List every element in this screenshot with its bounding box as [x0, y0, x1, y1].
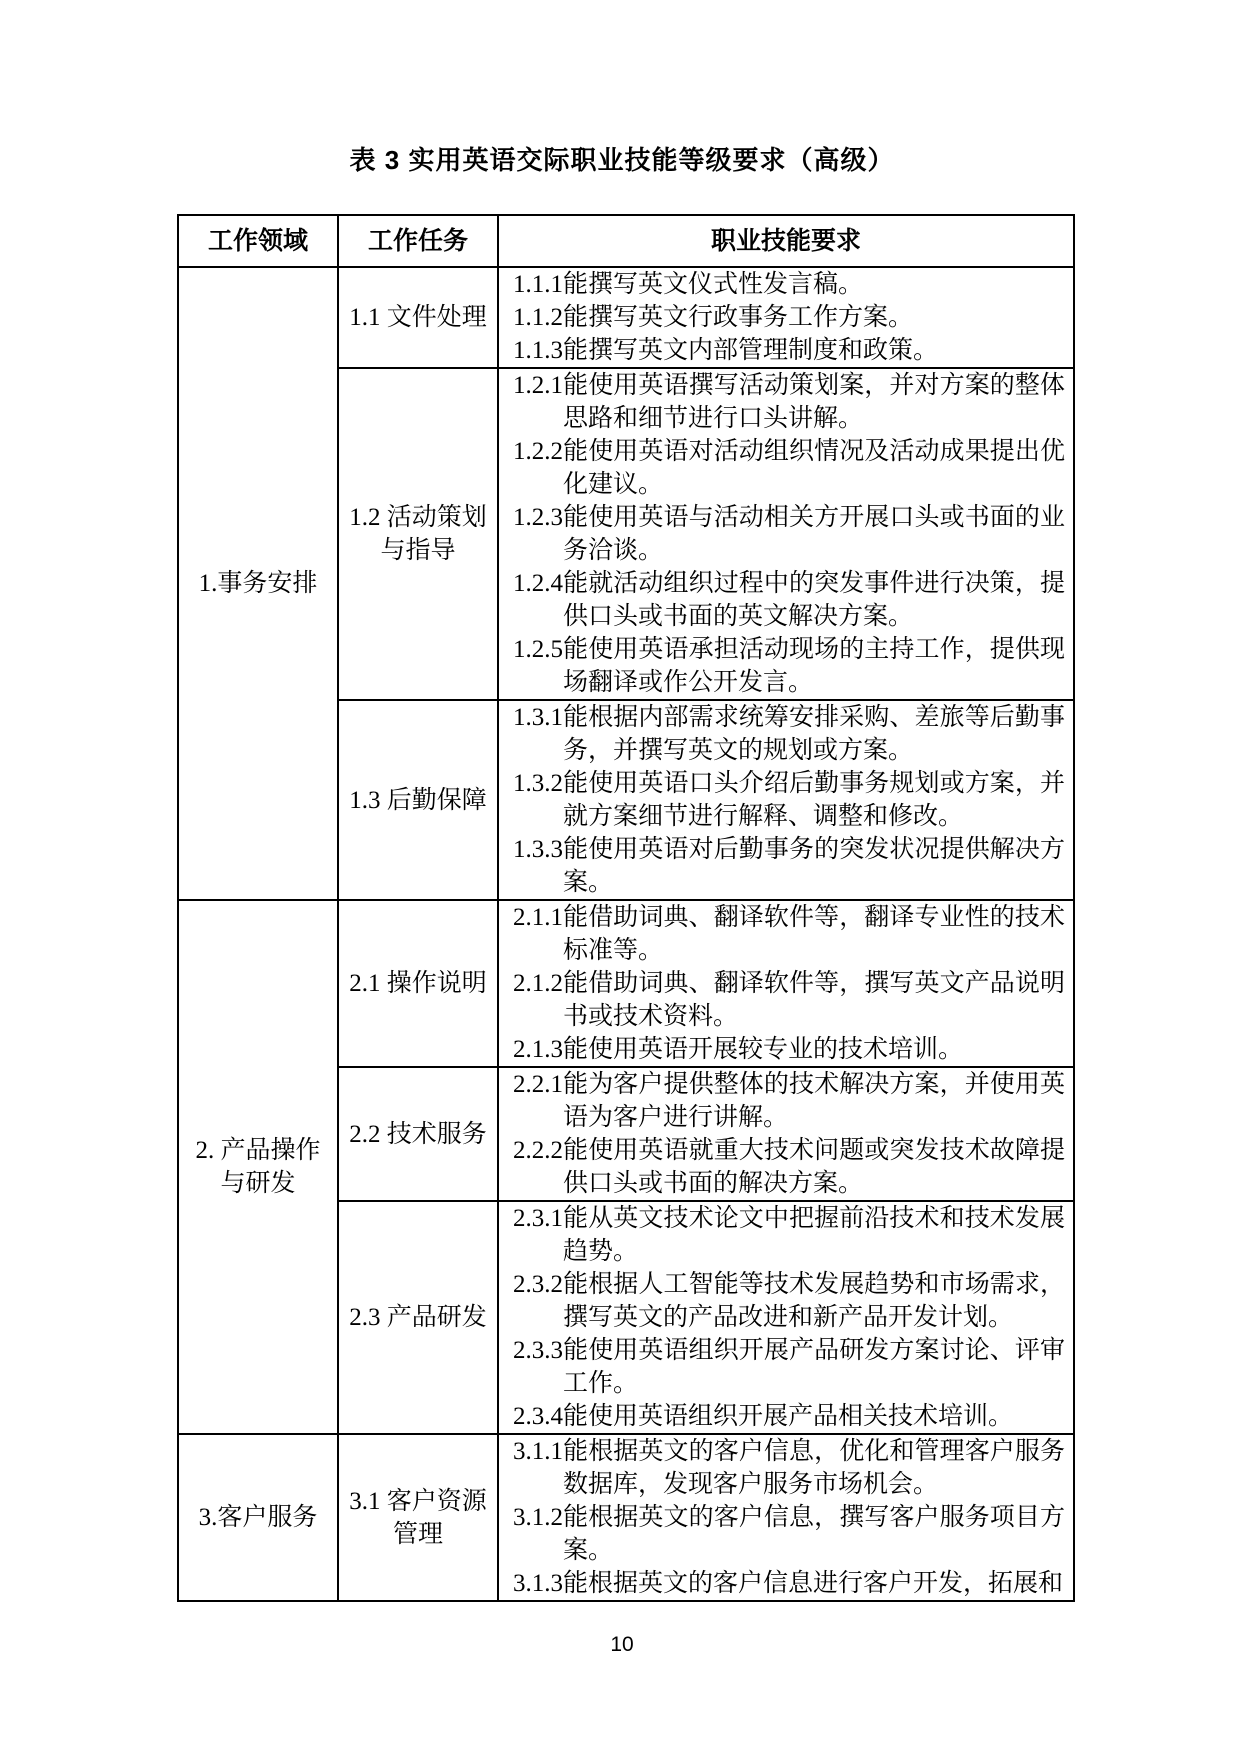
skill-requirement-item: 2.3.4能使用英语组织开展产品相关技术培训。 [513, 1400, 1065, 1433]
requirement-number: 1.2.4 [513, 567, 563, 600]
requirement-text: 能使用英语撰写活动策划案，并对方案的整体思路和细节进行口头讲解。 [563, 372, 1065, 432]
col-header-work-area: 工作领域 [178, 215, 338, 267]
requirement-text: 能使用英语开展较专业的技术培训。 [563, 1036, 963, 1063]
requirement-text: 能使用英语对后勤事务的突发状况提供解决方案。 [563, 836, 1065, 896]
requirement-number: 1.1.3 [513, 334, 563, 367]
skill-requirement-item: 3.1.2能根据英文的客户信息，撰写客户服务项目方案。 [513, 1501, 1065, 1567]
table-title: 表 3 实用英语交际职业技能等级要求（高级） [172, 0, 1072, 176]
skill-requirement-item: 1.1.2能撰写英文行政事务工作方案。 [513, 301, 1065, 334]
requirement-number: 2.3.2 [513, 1268, 563, 1301]
requirement-text: 能使用英语组织开展产品研发方案讨论、评审工作。 [563, 1337, 1065, 1397]
skill-requirement-item: 2.1.3能使用英语开展较专业的技术培训。 [513, 1033, 1065, 1066]
requirement-text: 能使用英语就重大技术问题或突发技术故障提供口头或书面的解决方案。 [563, 1137, 1065, 1197]
page-number: 10 [172, 1632, 1072, 1658]
requirement-text: 能使用英语口头介绍后勤事务规划或方案，并就方案细节进行解释、调整和修改。 [563, 770, 1065, 830]
skill-requirement-item: 1.3.1能根据内部需求统筹安排采购、差旅等后勤事务，并撰写英文的规划或方案。 [513, 701, 1065, 767]
skill-requirements-cell: 3.1.1能根据英文的客户信息，优化和管理客户服务数据库，发现客户服务市场机会。… [498, 1434, 1074, 1601]
skill-requirement-item: 1.2.2能使用英语对活动组织情况及活动成果提出优化建议。 [513, 435, 1065, 501]
requirement-text: 能使用英语对活动组织情况及活动成果提出优化建议。 [563, 438, 1065, 498]
requirement-text: 能为客户提供整体的技术解决方案，并使用英语为客户进行讲解。 [563, 1071, 1065, 1131]
table-row: 3.客户服务3.1 客户资源管理3.1.1能根据英文的客户信息，优化和管理客户服… [178, 1434, 1074, 1601]
requirement-text: 能撰写英文内部管理制度和政策。 [563, 337, 938, 364]
requirement-text: 能从英文技术论文中把握前沿技术和技术发展趋势。 [563, 1205, 1065, 1265]
work-task-cell: 1.1 文件处理 [338, 267, 498, 368]
requirement-number: 2.2.2 [513, 1134, 563, 1167]
table-header-row: 工作领域 工作任务 职业技能要求 [178, 215, 1074, 267]
col-header-work-task: 工作任务 [338, 215, 498, 267]
skill-requirement-item: 1.2.1能使用英语撰写活动策划案，并对方案的整体思路和细节进行口头讲解。 [513, 369, 1065, 435]
skill-requirement-item: 1.2.4能就活动组织过程中的突发事件进行决策，提供口头或书面的英文解决方案。 [513, 567, 1065, 633]
requirement-text: 能根据英文的客户信息进行客户开发，拓展和 [563, 1570, 1063, 1597]
skill-requirement-item: 1.1.3能撰写英文内部管理制度和政策。 [513, 334, 1065, 367]
requirement-text: 能使用英语承担活动现场的主持工作，提供现场翻译或作公开发言。 [563, 636, 1065, 696]
requirement-text: 能根据英文的客户信息，优化和管理客户服务数据库，发现客户服务市场机会。 [563, 1438, 1065, 1498]
work-area-cell: 1.事务安排 [178, 267, 338, 900]
skill-requirement-item: 1.3.2能使用英语口头介绍后勤事务规划或方案，并就方案细节进行解释、调整和修改… [513, 767, 1065, 833]
requirement-number: 1.3.1 [513, 701, 563, 734]
requirement-number: 3.1.1 [513, 1435, 563, 1468]
skill-requirement-item: 2.2.1能为客户提供整体的技术解决方案，并使用英语为客户进行讲解。 [513, 1068, 1065, 1134]
requirement-number: 2.3.4 [513, 1400, 563, 1433]
requirement-number: 1.1.1 [513, 268, 563, 301]
requirement-text: 能撰写英文行政事务工作方案。 [563, 304, 913, 331]
skill-requirement-item: 3.1.1能根据英文的客户信息，优化和管理客户服务数据库，发现客户服务市场机会。 [513, 1435, 1065, 1501]
requirement-text: 能借助词典、翻译软件等，翻译专业性的技术标准等。 [563, 904, 1065, 964]
col-header-skill-requirements: 职业技能要求 [498, 215, 1074, 267]
requirement-text: 能撰写英文仪式性发言稿。 [563, 271, 863, 298]
work-task-cell: 1.3 后勤保障 [338, 700, 498, 900]
document-page: 表 3 实用英语交际职业技能等级要求（高级） 工作领域 工作任务 职业技能要求 … [0, 0, 1240, 1753]
skill-requirements-cell: 1.3.1能根据内部需求统筹安排采购、差旅等后勤事务，并撰写英文的规划或方案。1… [498, 700, 1074, 900]
skill-requirements-cell: 2.2.1能为客户提供整体的技术解决方案，并使用英语为客户进行讲解。2.2.2能… [498, 1067, 1074, 1201]
requirement-number: 3.1.3 [513, 1567, 563, 1600]
requirement-number: 2.1.3 [513, 1033, 563, 1066]
skill-requirement-item: 1.2.3能使用英语与活动相关方开展口头或书面的业务洽谈。 [513, 501, 1065, 567]
requirement-text: 能使用英语组织开展产品相关技术培训。 [563, 1403, 1013, 1430]
skill-requirement-item: 2.3.1能从英文技术论文中把握前沿技术和技术发展趋势。 [513, 1202, 1065, 1268]
skill-requirements-cell: 1.1.1能撰写英文仪式性发言稿。1.1.2能撰写英文行政事务工作方案。1.1.… [498, 267, 1074, 368]
requirement-number: 2.2.1 [513, 1068, 563, 1101]
requirement-text: 能使用英语与活动相关方开展口头或书面的业务洽谈。 [563, 504, 1065, 564]
work-task-cell: 2.1 操作说明 [338, 900, 498, 1067]
skill-requirement-item: 1.3.3能使用英语对后勤事务的突发状况提供解决方案。 [513, 833, 1065, 899]
work-task-cell: 2.3 产品研发 [338, 1201, 498, 1434]
work-area-cell: 2. 产品操作与研发 [178, 900, 338, 1434]
skill-requirement-item: 1.2.5能使用英语承担活动现场的主持工作，提供现场翻译或作公开发言。 [513, 633, 1065, 699]
work-task-cell: 3.1 客户资源管理 [338, 1434, 498, 1601]
work-area-cell: 3.客户服务 [178, 1434, 338, 1601]
skill-requirements-cell: 2.1.1能借助词典、翻译软件等，翻译专业性的技术标准等。2.1.2能借助词典、… [498, 900, 1074, 1067]
requirement-text: 能根据人工智能等技术发展趋势和市场需求，撰写英文的产品改进和新产品开发计划。 [563, 1271, 1065, 1331]
skill-requirements-cell: 1.2.1能使用英语撰写活动策划案，并对方案的整体思路和细节进行口头讲解。1.2… [498, 368, 1074, 700]
requirement-text: 能借助词典、翻译软件等，撰写英文产品说明书或技术资料。 [563, 970, 1065, 1030]
table-row: 1.事务安排1.1 文件处理1.1.1能撰写英文仪式性发言稿。1.1.2能撰写英… [178, 267, 1074, 368]
requirement-number: 1.1.2 [513, 301, 563, 334]
requirement-number: 1.2.1 [513, 369, 563, 402]
work-task-cell: 1.2 活动策划与指导 [338, 368, 498, 700]
requirement-number: 1.2.5 [513, 633, 563, 666]
skill-requirement-item: 2.3.2能根据人工智能等技术发展趋势和市场需求，撰写英文的产品改进和新产品开发… [513, 1268, 1065, 1334]
requirement-number: 2.1.1 [513, 901, 563, 934]
skill-requirement-item: 3.1.3能根据英文的客户信息进行客户开发，拓展和 [513, 1567, 1065, 1600]
skill-requirement-item: 1.1.1能撰写英文仪式性发言稿。 [513, 268, 1065, 301]
requirement-number: 1.3.3 [513, 833, 563, 866]
work-task-cell: 2.2 技术服务 [338, 1067, 498, 1201]
requirement-number: 1.2.2 [513, 435, 563, 468]
requirement-text: 能就活动组织过程中的突发事件进行决策，提供口头或书面的英文解决方案。 [563, 570, 1065, 630]
table-row: 2. 产品操作与研发2.1 操作说明2.1.1能借助词典、翻译软件等，翻译专业性… [178, 900, 1074, 1067]
requirement-number: 2.1.2 [513, 967, 563, 1000]
skill-requirement-item: 2.3.3能使用英语组织开展产品研发方案讨论、评审工作。 [513, 1334, 1065, 1400]
requirement-text: 能根据英文的客户信息，撰写客户服务项目方案。 [563, 1504, 1065, 1564]
skill-requirement-item: 2.1.2能借助词典、翻译软件等，撰写英文产品说明书或技术资料。 [513, 967, 1065, 1033]
skill-requirements-cell: 2.3.1能从英文技术论文中把握前沿技术和技术发展趋势。2.3.2能根据人工智能… [498, 1201, 1074, 1434]
skill-requirement-item: 2.1.1能借助词典、翻译软件等，翻译专业性的技术标准等。 [513, 901, 1065, 967]
requirement-text: 能根据内部需求统筹安排采购、差旅等后勤事务，并撰写英文的规划或方案。 [563, 704, 1065, 764]
table-body: 1.事务安排1.1 文件处理1.1.1能撰写英文仪式性发言稿。1.1.2能撰写英… [178, 267, 1074, 1601]
requirement-number: 1.2.3 [513, 501, 563, 534]
requirement-number: 2.3.3 [513, 1334, 563, 1367]
skills-table: 工作领域 工作任务 职业技能要求 1.事务安排1.1 文件处理1.1.1能撰写英… [177, 214, 1075, 1602]
requirement-number: 2.3.1 [513, 1202, 563, 1235]
requirement-number: 3.1.2 [513, 1501, 563, 1534]
requirement-number: 1.3.2 [513, 767, 563, 800]
skill-requirement-item: 2.2.2能使用英语就重大技术问题或突发技术故障提供口头或书面的解决方案。 [513, 1134, 1065, 1200]
